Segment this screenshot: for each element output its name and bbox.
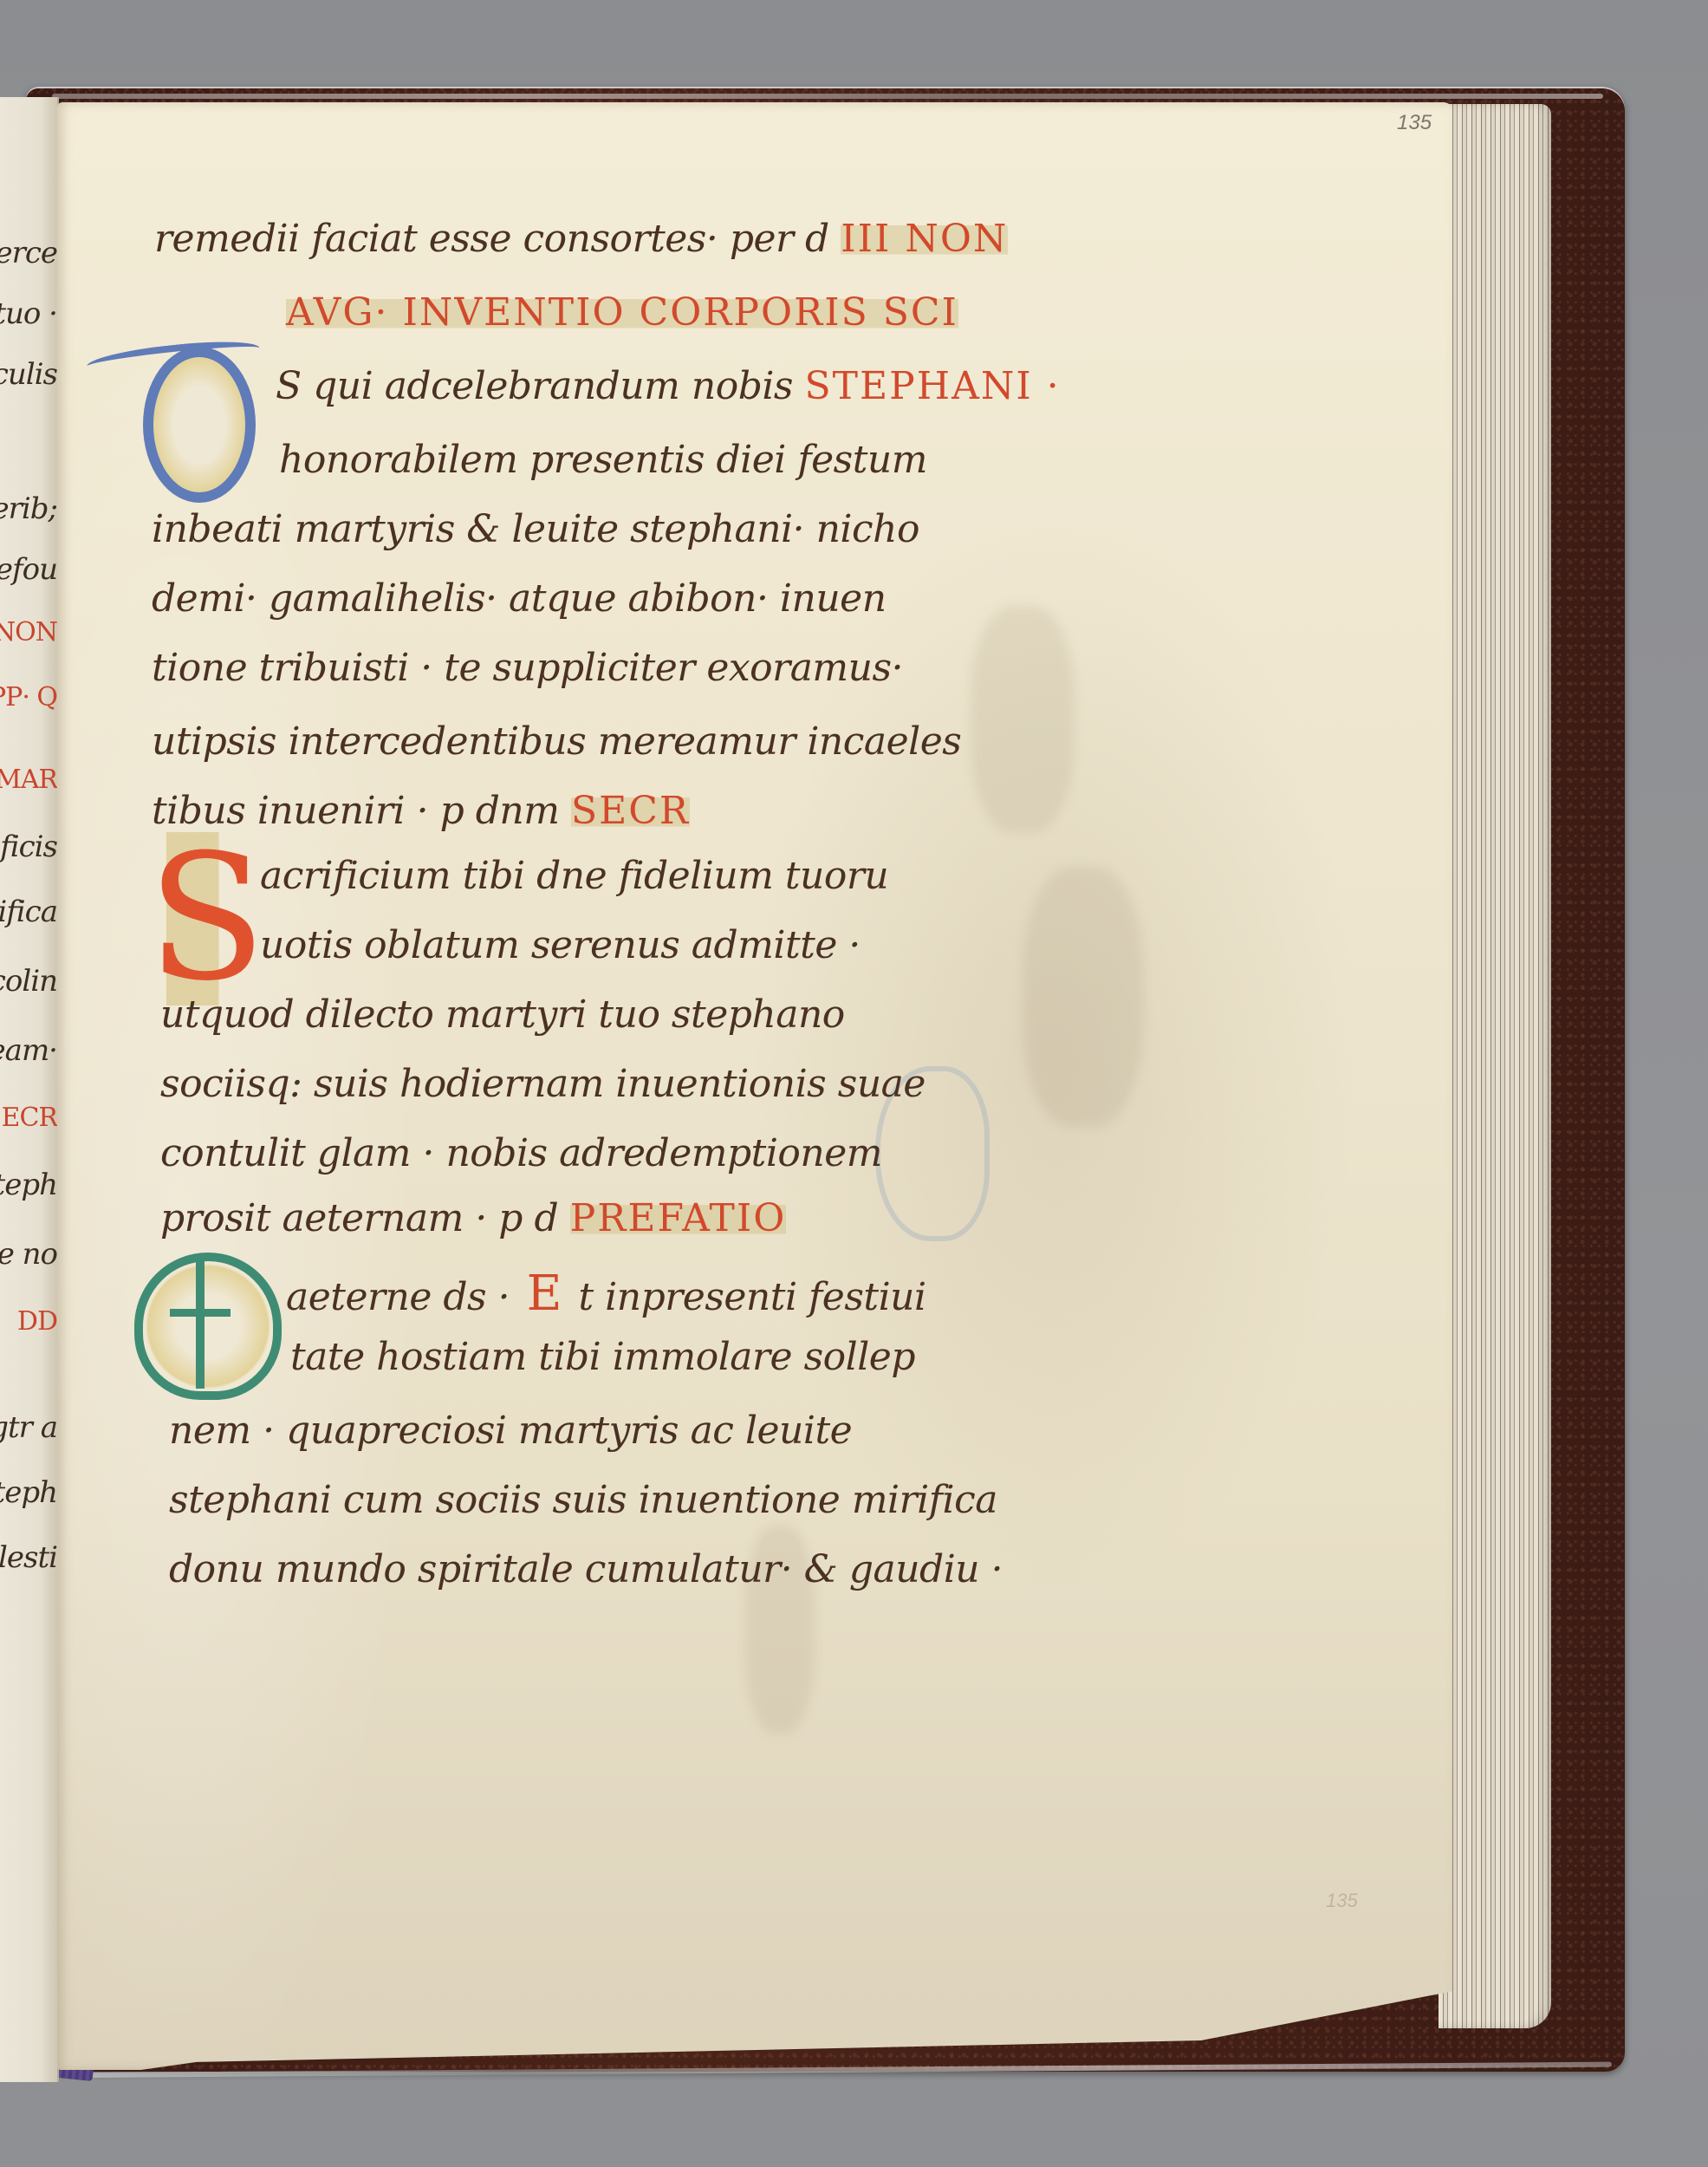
rubric-feast-title: AVG· INVENTIO CORPORIS SCI: [286, 290, 958, 335]
left-fragment: · celesti: [0, 1540, 57, 1575]
left-fragment: culis: [0, 357, 57, 392]
text-line-3: S qui adcelebrandum nobis STEPHANI ·: [276, 364, 1061, 408]
left-fragment-rubric: ni MAR: [0, 765, 57, 795]
folio-number-faint: 135: [1326, 1890, 1358, 1912]
text-line-7: tione tribuisti · te suppliciter exoramu…: [152, 646, 903, 690]
rubric-name: STEPHANI ·: [805, 364, 1061, 408]
left-fragment: iu deam·: [0, 1033, 57, 1068]
text-line-10: acrificium tibi dne fidelium tuoru: [260, 854, 888, 898]
text-line-8: utipsis intercedentibus mereamur incaele…: [152, 719, 961, 764]
text-line-18: nem · quapreciosi martyris ac leuite: [169, 1409, 852, 1453]
left-fragment: unerib;: [0, 491, 57, 526]
text-line-4: honorabilem presentis diei festum: [279, 438, 927, 482]
line-text: aeterne ds ·: [286, 1275, 510, 1319]
decorated-initial-s: S: [147, 832, 243, 1005]
left-fragment: tificis: [0, 830, 57, 864]
left-fragment: to steph: [0, 1168, 57, 1202]
left-fragment: nto steph: [0, 1475, 57, 1510]
text-line-13: sociisq: suis hodiernam inuentionis suae: [160, 1062, 925, 1106]
line-text: remedii faciat esse consortes· per d: [154, 217, 829, 261]
text-line-6: demi· gamalihelis· atque abibon· inuen: [152, 576, 886, 621]
water-stain: [971, 607, 1075, 832]
left-fragment: letifica: [0, 895, 57, 929]
rubric-prefatio: PREFATIO: [570, 1196, 787, 1240]
rubric-secreta: SECR: [571, 789, 690, 833]
text-line-20: donu mundo spiritale cumulatur· & gaudiu…: [169, 1547, 1003, 1591]
line-text: prosit aeternam · p d: [160, 1196, 558, 1240]
folio-number: 135: [1397, 111, 1432, 135]
left-fragment-rubric: ECR: [2, 1103, 57, 1133]
text-line-2: AVG· INVENTIO CORPORIS SCI: [286, 290, 958, 335]
page-edges-stack: [1438, 104, 1551, 2028]
line-text-after: t inpresenti festiui: [579, 1275, 926, 1319]
left-fragment: rgtr a: [0, 1410, 57, 1445]
text-line-9: tibus inueniri · p dnm SECR: [152, 789, 690, 833]
text-line-17: tate hostiam tibi immolare sollep: [290, 1335, 915, 1379]
inline-initial-e: E: [527, 1266, 562, 1322]
binding-edge-top: [52, 94, 1603, 99]
initial-vd-bar: [170, 1309, 231, 1317]
left-fragment: nos refou: [0, 552, 57, 587]
water-stain: [1023, 867, 1144, 1127]
line-text: S qui adcelebrandum nobis: [276, 364, 793, 408]
text-line-15: prosit aeternam · p d PREFATIO: [160, 1196, 786, 1240]
text-line-1: remedii faciat esse consortes· per d III…: [154, 217, 1008, 261]
decorated-initial-vd: [134, 1253, 282, 1400]
decorated-initial-o: [143, 347, 256, 503]
left-fragment-rubric: PP· Q: [0, 682, 57, 713]
left-fragment: reade no: [0, 1237, 57, 1272]
left-fragment: tuo ·: [0, 296, 57, 331]
left-fragment-rubric: DD: [17, 1306, 57, 1337]
text-line-5: inbeati martyris & leuite stephani· nich…: [152, 507, 919, 551]
initial-vd-stroke: [196, 1259, 205, 1389]
text-line-19: stephani cum sociis suis inuentione miri…: [169, 1478, 997, 1522]
text-line-14: contulit glam · nobis adredemptionem: [160, 1131, 882, 1175]
line-text: tibus inueniri · p dnm: [152, 789, 559, 833]
text-line-16: aeterne ds · E t inpresenti festiui: [286, 1266, 926, 1322]
rubric-date: III NON: [841, 217, 1008, 261]
left-fragment: erce: [0, 236, 57, 270]
text-line-11: uotis oblatum serenus admitte ·: [260, 923, 860, 967]
left-fragment: tia colin: [0, 964, 57, 999]
left-fragment-rubric: III NON: [0, 617, 57, 647]
text-line-12: utquod dilecto martyri tuo stephano: [160, 992, 845, 1037]
left-page-strip: erce tuo · culis unerib; nos refou III N…: [0, 97, 59, 2082]
